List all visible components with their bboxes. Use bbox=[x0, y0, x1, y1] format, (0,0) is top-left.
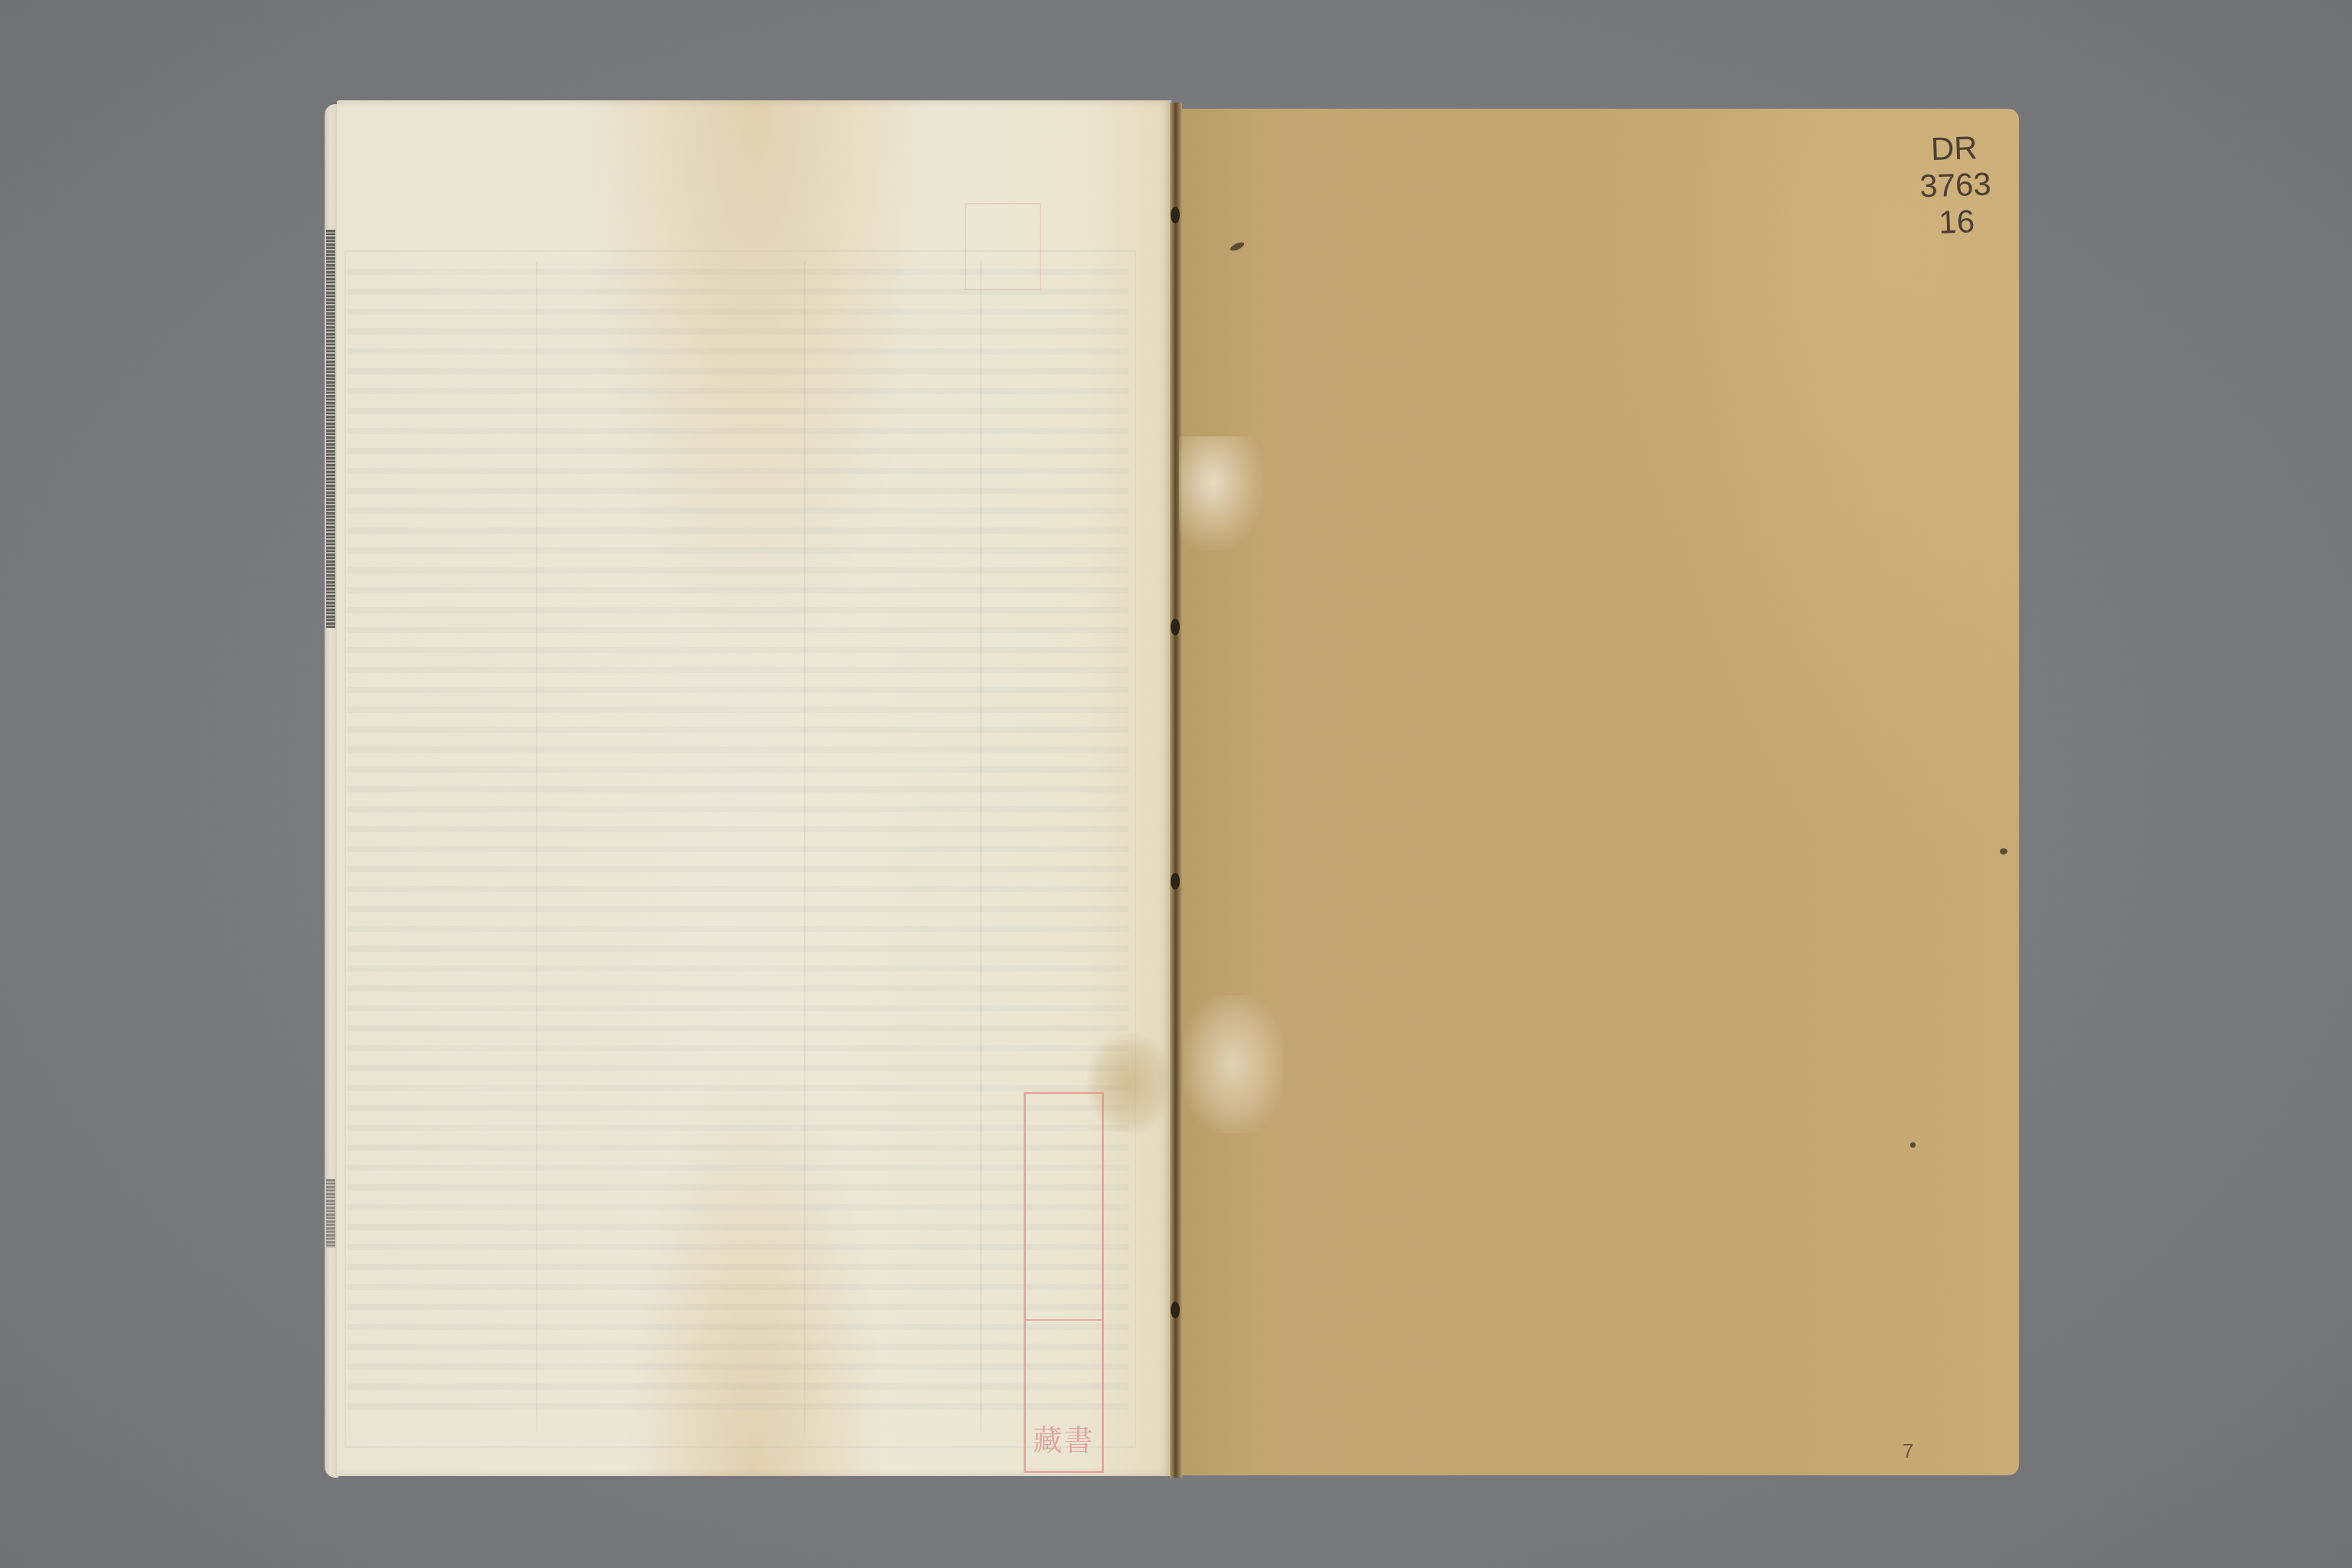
shelfmark-line: DR bbox=[1912, 129, 1998, 168]
sewing-hole bbox=[1171, 619, 1180, 635]
sewing-hole bbox=[1171, 207, 1180, 224]
cover-mark bbox=[2000, 848, 2007, 854]
seal-divider bbox=[1026, 1319, 1102, 1321]
book-spread: 藏書 DR 3763 16 7 bbox=[0, 0, 2352, 1568]
shelfmark-line: 3763 bbox=[1913, 165, 1998, 205]
cover-mark bbox=[1910, 1142, 1916, 1148]
pencil-mark: 7 bbox=[1903, 1439, 1913, 1463]
sewing-hole bbox=[1171, 873, 1180, 890]
right-page-cover: DR 3763 16 bbox=[1182, 109, 2019, 1475]
shelfmark-line: 16 bbox=[1914, 202, 2000, 242]
stain bbox=[1087, 1034, 1171, 1133]
fore-edge-ink-marks bbox=[326, 230, 335, 628]
white-stain bbox=[1179, 436, 1263, 551]
red-ownership-seal: 藏書 bbox=[1024, 1092, 1104, 1473]
show-through-column-rule bbox=[536, 261, 537, 1432]
shelfmark: DR 3763 16 bbox=[1912, 129, 2000, 242]
show-through-column-rule bbox=[804, 261, 805, 1432]
show-through-seal bbox=[965, 203, 1041, 290]
sewing-hole bbox=[1171, 1302, 1180, 1318]
seal-text: 藏書 bbox=[1026, 1416, 1102, 1459]
show-through-frame bbox=[345, 250, 1136, 1448]
gutter bbox=[1170, 103, 1182, 1478]
white-stain bbox=[1183, 995, 1282, 1133]
show-through-column-rule bbox=[980, 261, 982, 1432]
fore-edge-ink-marks-lower bbox=[326, 1179, 335, 1248]
